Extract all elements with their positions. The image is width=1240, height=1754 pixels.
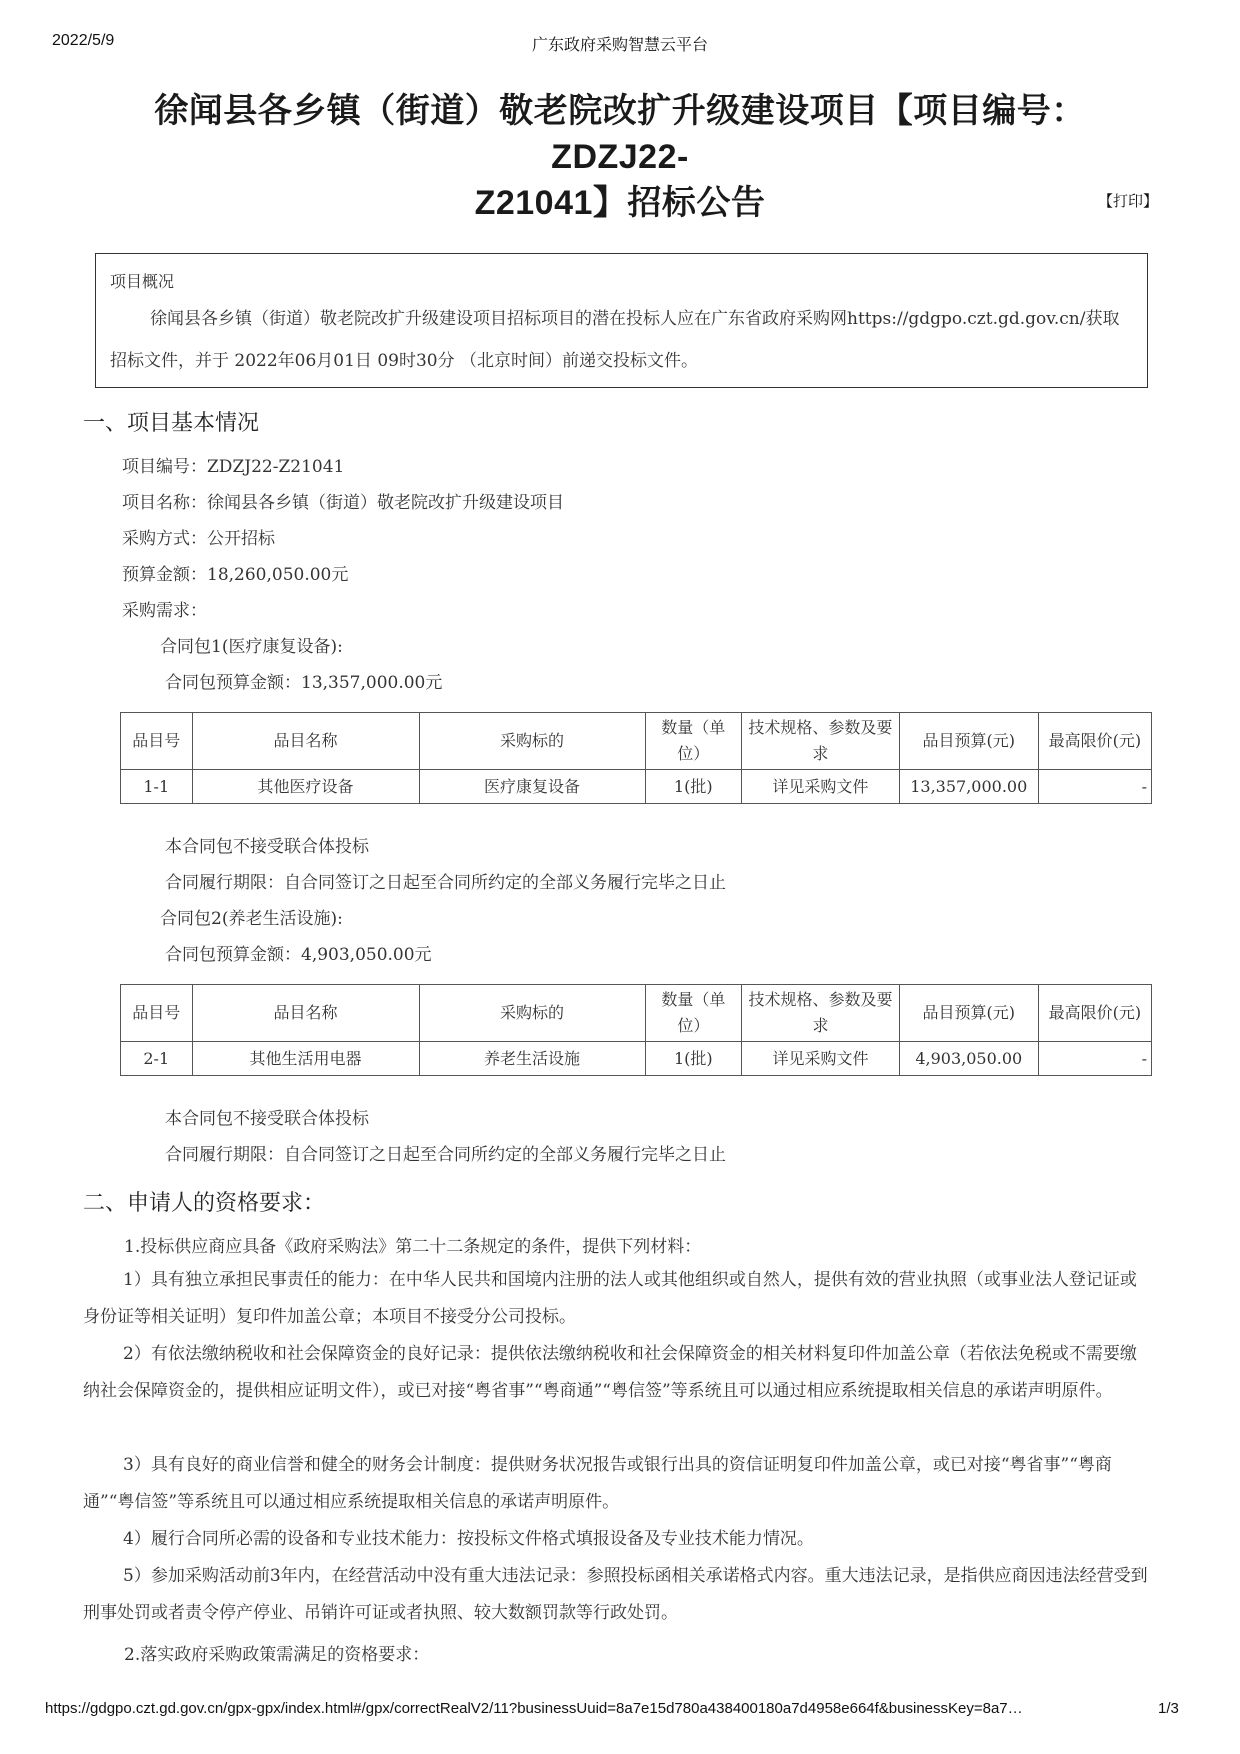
cell: 1(批) — [645, 1042, 742, 1076]
cell: 其他医疗设备 — [192, 770, 419, 804]
budget-amount: 预算金额：18,260,050.00元 — [122, 560, 348, 585]
col-header: 品目预算(元) — [899, 713, 1038, 770]
col-header: 品目号 — [121, 985, 193, 1042]
col-header: 技术规格、参数及要求 — [742, 985, 900, 1042]
col-header: 品目预算(元) — [899, 985, 1038, 1042]
project-number: 项目编号：ZDZJ22-Z21041 — [122, 452, 344, 477]
col-header: 数量（单位） — [645, 713, 742, 770]
col-header: 技术规格、参数及要求 — [742, 713, 900, 770]
package1-consortium: 本合同包不接受联合体投标 — [165, 832, 369, 857]
cell: 其他生活用电器 — [192, 1042, 419, 1076]
site-name: 广东政府采购智慧云平台 — [0, 32, 1240, 55]
cell: 医疗康复设备 — [419, 770, 645, 804]
requirement-1: 1）具有独立承担民事责任的能力：在中华人民共和国境内注册的法人或其他组织或自然人… — [83, 1262, 1153, 1336]
table-header-row: 品目号 品目名称 采购标的 数量（单位） 技术规格、参数及要求 品目预算(元) … — [121, 713, 1152, 770]
overview-body: 徐闻县各乡镇（街道）敬老院改扩升级建设项目招标项目的潜在投标人应在广东省政府采购… — [110, 298, 1133, 382]
package2-budget: 合同包预算金额：4,903,050.00元 — [165, 940, 432, 965]
print-link[interactable]: 【打印】 — [1098, 190, 1158, 211]
procurement-demand: 采购需求： — [122, 596, 207, 621]
col-header: 品目号 — [121, 713, 193, 770]
package1-budget: 合同包预算金额：13,357,000.00元 — [165, 668, 442, 693]
section1-heading: 一、项目基本情况 — [83, 406, 259, 437]
requirement-4: 4）履行合同所必需的设备和专业技术能力：按投标文件格式填报设备及专业技术能力情况… — [83, 1521, 1153, 1558]
page-title: 徐闻县各乡镇（街道）敬老院改扩升级建设项目【项目编号：ZDZJ22- Z2104… — [100, 88, 1140, 226]
package2-consortium: 本合同包不接受联合体投标 — [165, 1104, 369, 1129]
title-line-1: 徐闻县各乡镇（街道）敬老院改扩升级建设项目【项目编号：ZDZJ22- — [100, 88, 1140, 180]
table-row: 1-1 其他医疗设备 医疗康复设备 1(批) 详见采购文件 13,357,000… — [121, 770, 1152, 804]
overview-box: 项目概况 徐闻县各乡镇（街道）敬老院改扩升级建设项目招标项目的潜在投标人应在广东… — [95, 253, 1148, 388]
project-name: 项目名称：徐闻县各乡镇（街道）敬老院改扩升级建设项目 — [122, 488, 564, 513]
package1-table: 品目号 品目名称 采购标的 数量（单位） 技术规格、参数及要求 品目预算(元) … — [120, 712, 1152, 804]
package1-title: 合同包1(医疗康复设备): — [160, 632, 343, 657]
requirement-item-1: 1.投标供应商应具备《政府采购法》第二十二条规定的条件，提供下列材料： — [124, 1232, 701, 1257]
title-line-2: Z21041】招标公告 — [100, 180, 1140, 226]
page-url: https://gdgpo.czt.gd.gov.cn/gpx-gpx/inde… — [45, 1700, 1023, 1717]
cell: 养老生活设施 — [419, 1042, 645, 1076]
package2-title: 合同包2(养老生活设施): — [160, 904, 343, 929]
cell: - — [1038, 770, 1151, 804]
cell: - — [1038, 1042, 1151, 1076]
col-header: 最高限价(元) — [1038, 713, 1151, 770]
cell: 详见采购文件 — [742, 1042, 900, 1076]
overview-heading: 项目概况 — [110, 272, 1133, 292]
cell: 详见采购文件 — [742, 770, 900, 804]
requirement-2: 2）有依法缴纳税收和社会保障资金的良好记录：提供依法缴纳税收和社会保障资金的相关… — [83, 1336, 1153, 1410]
section2-heading: 二、申请人的资格要求： — [83, 1186, 325, 1217]
col-header: 数量（单位） — [645, 985, 742, 1042]
col-header: 品目名称 — [192, 713, 419, 770]
col-header: 最高限价(元) — [1038, 985, 1151, 1042]
package1-period: 合同履行期限：自合同签订之日起至合同所约定的全部义务履行完毕之日止 — [165, 868, 726, 893]
col-header: 采购标的 — [419, 985, 645, 1042]
col-header: 采购标的 — [419, 713, 645, 770]
requirement-3: 3）具有良好的商业信誉和健全的财务会计制度：提供财务状况报告或银行出具的资信证明… — [83, 1447, 1153, 1521]
table-row: 2-1 其他生活用电器 养老生活设施 1(批) 详见采购文件 4,903,050… — [121, 1042, 1152, 1076]
package2-period: 合同履行期限：自合同签订之日起至合同所约定的全部义务履行完毕之日止 — [165, 1140, 726, 1165]
package2-table: 品目号 品目名称 采购标的 数量（单位） 技术规格、参数及要求 品目预算(元) … — [120, 984, 1152, 1076]
requirement-item-2: 2.落实政府采购政策需满足的资格要求： — [124, 1640, 429, 1665]
requirement-5: 5）参加采购活动前3年内，在经营活动中没有重大违法记录：参照投标函相关承诺格式内… — [83, 1558, 1153, 1632]
cell: 4,903,050.00 — [899, 1042, 1038, 1076]
page-number: 1/3 — [1158, 1700, 1179, 1717]
cell: 2-1 — [121, 1042, 193, 1076]
table-header-row: 品目号 品目名称 采购标的 数量（单位） 技术规格、参数及要求 品目预算(元) … — [121, 985, 1152, 1042]
col-header: 品目名称 — [192, 985, 419, 1042]
cell: 13,357,000.00 — [899, 770, 1038, 804]
cell: 1-1 — [121, 770, 193, 804]
procurement-method: 采购方式：公开招标 — [122, 524, 275, 549]
cell: 1(批) — [645, 770, 742, 804]
